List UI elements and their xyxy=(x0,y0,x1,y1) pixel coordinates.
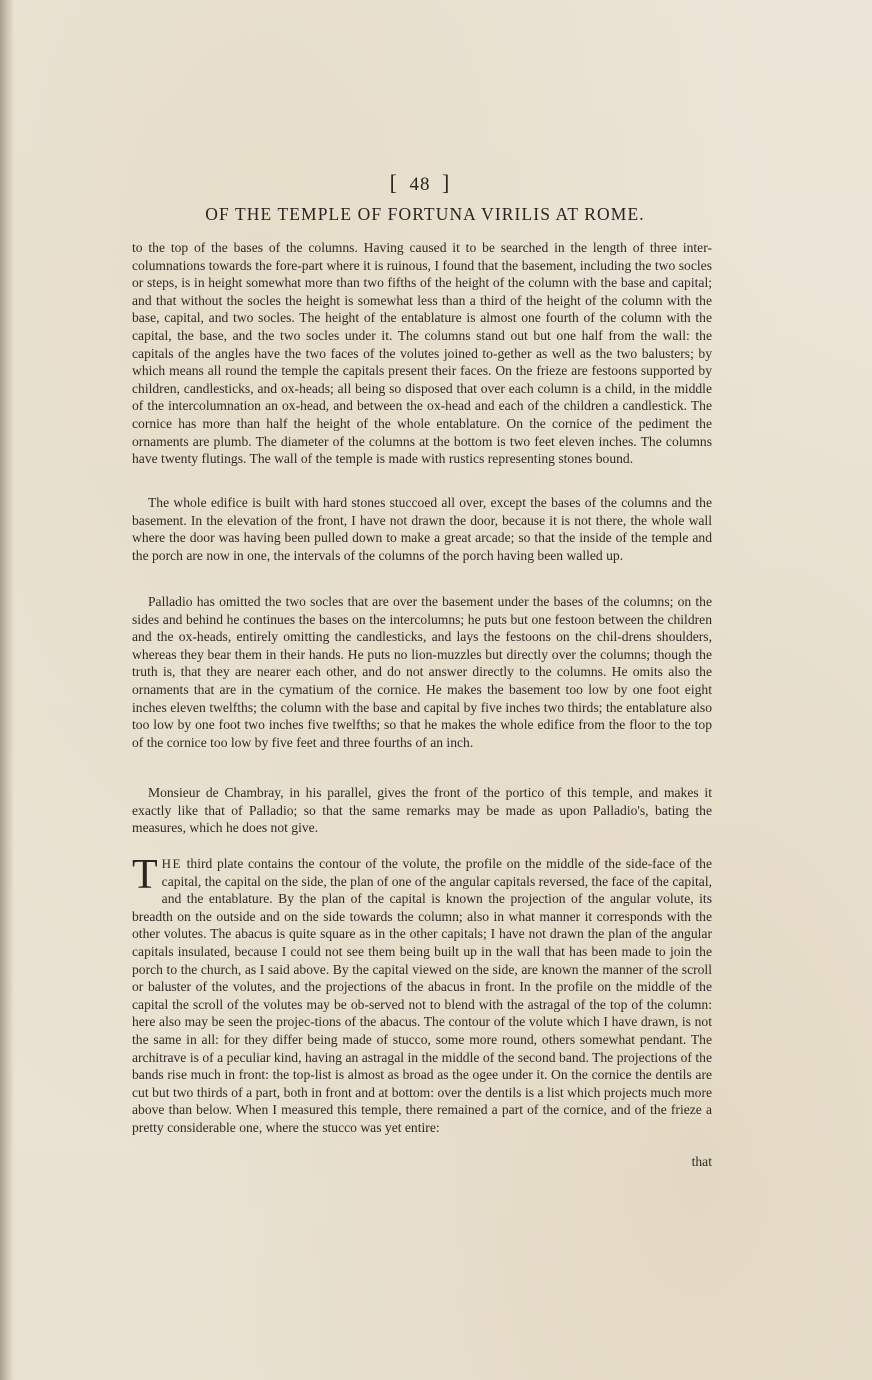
page-number: [ 48 ] xyxy=(0,170,840,196)
body-paragraph: The whole edifice is built with hard sto… xyxy=(132,494,712,564)
body-paragraph: Monsieur de Chambray, in his parallel, g… xyxy=(132,784,712,837)
paragraph-text: Palladio has omitted the two socles that… xyxy=(132,593,712,751)
drop-cap: T xyxy=(132,857,158,893)
catchword: that xyxy=(640,1154,712,1170)
paragraph-text: The whole edifice is built with hard sto… xyxy=(132,494,712,564)
bracket-open: [ xyxy=(390,170,398,195)
page-title: OF THE TEMPLE OF FORTUNA VIRILIS AT ROME… xyxy=(160,204,690,225)
paragraph-text: THE third plate contains the contour of … xyxy=(132,855,712,1137)
paragraph-text: Monsieur de Chambray, in his parallel, g… xyxy=(132,784,712,837)
paragraph-text: to the top of the bases of the columns. … xyxy=(132,239,712,468)
small-caps-lead: HE xyxy=(162,856,182,871)
bracket-close: ] xyxy=(442,170,450,195)
binding-gutter-shadow xyxy=(0,0,14,1380)
page-number-value: 48 xyxy=(410,174,431,195)
paragraph-body: third plate contains the contour of the … xyxy=(132,856,712,1135)
body-paragraph-continued: to the top of the bases of the columns. … xyxy=(132,239,712,468)
book-page: [ 48 ] OF THE TEMPLE OF FORTUNA VIRILIS … xyxy=(0,0,872,1380)
body-paragraph-with-drop-cap: THE third plate contains the contour of … xyxy=(132,855,712,1137)
body-paragraph: Palladio has omitted the two socles that… xyxy=(132,593,712,751)
